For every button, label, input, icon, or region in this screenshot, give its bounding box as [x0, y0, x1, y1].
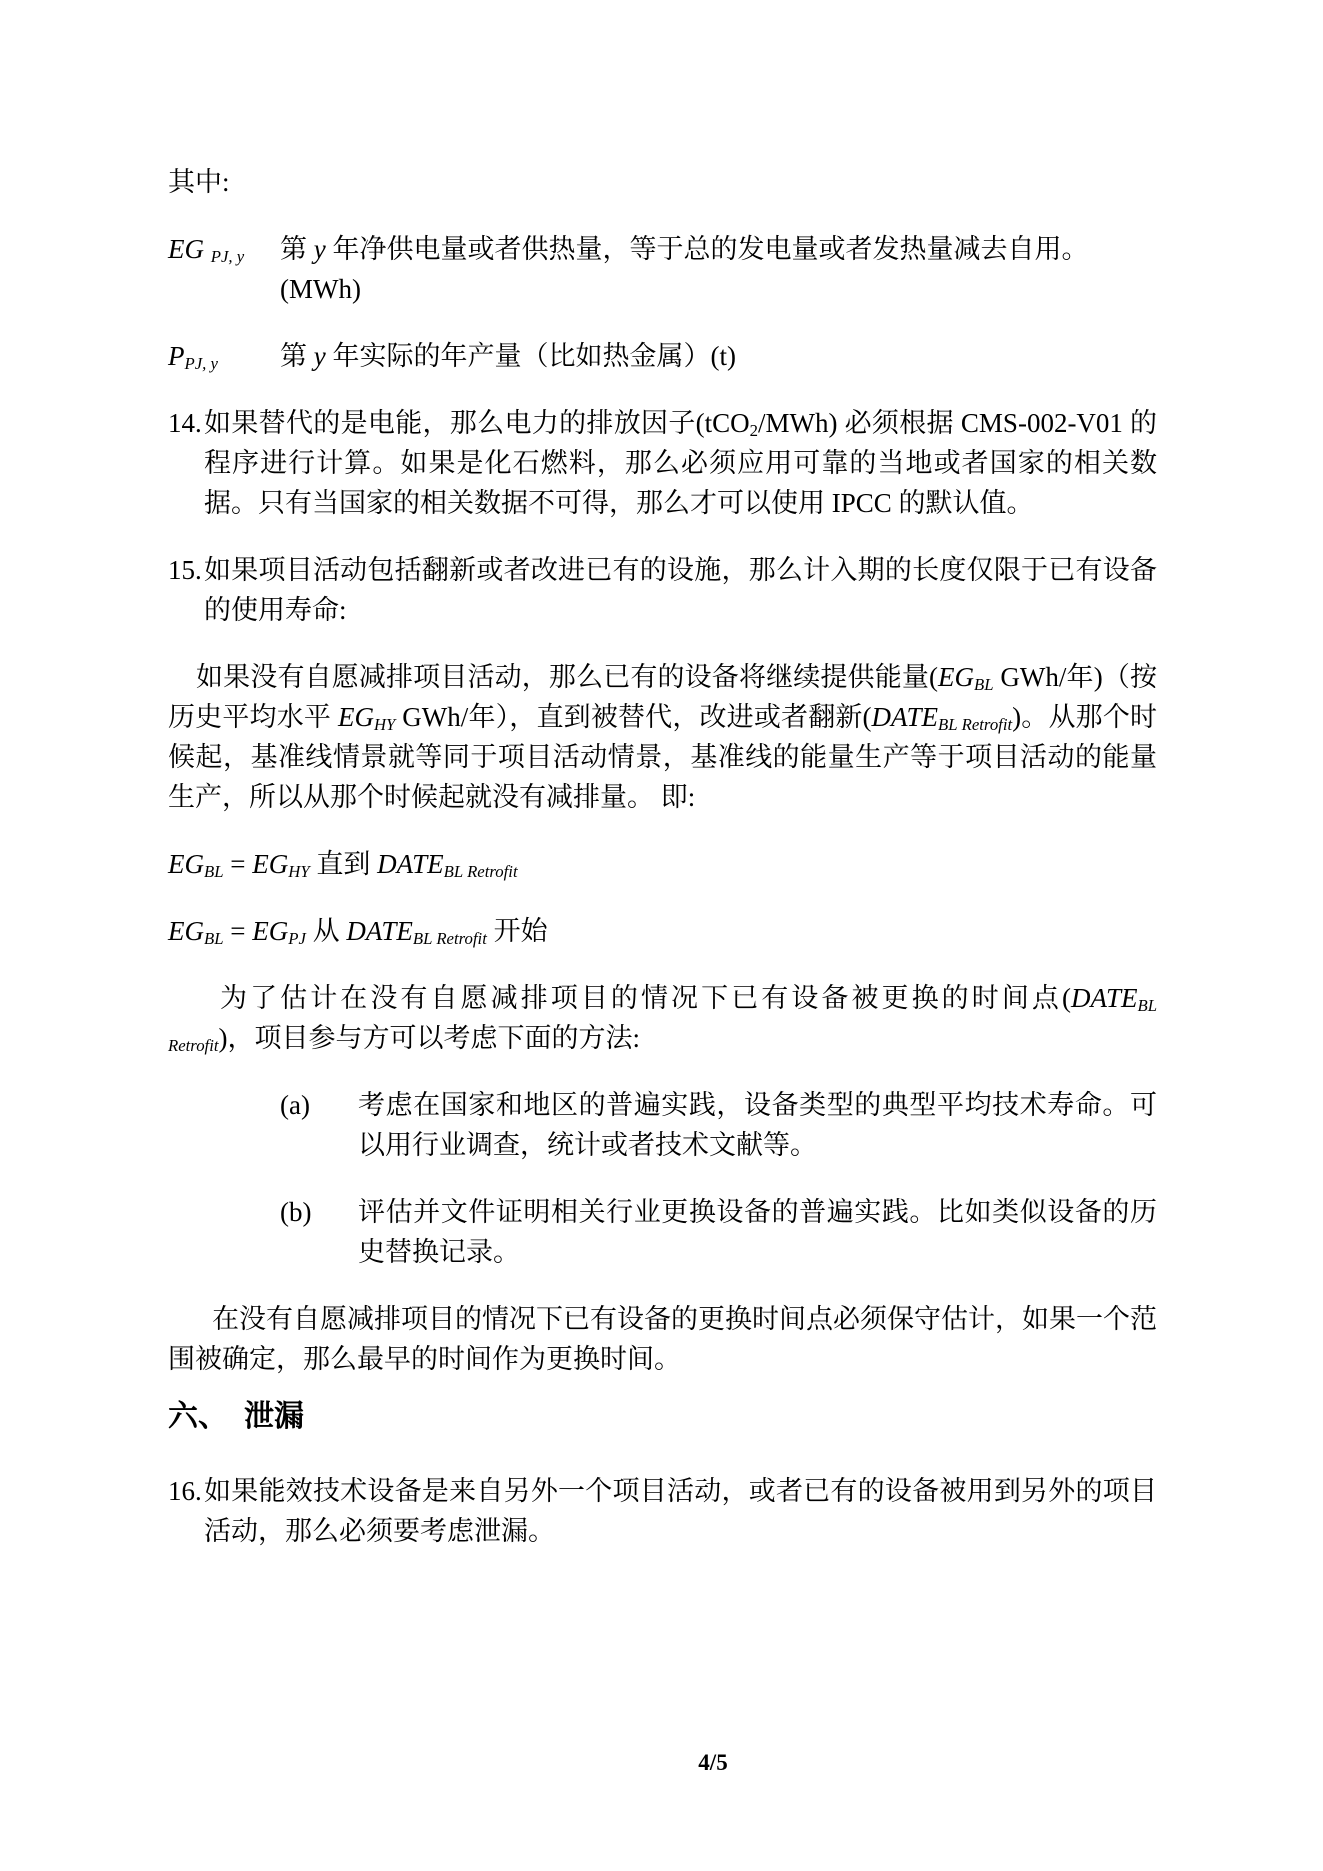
numbered-item-14: 14. 如果替代的是电能，那么电力的排放因子(tCO2/MWh) 必须根据 CM…: [168, 403, 1157, 523]
item-text: 如果能效技术设备是来自另外一个项目活动，或者已有的设备被用到另外的项目活动，那么…: [204, 1471, 1157, 1551]
definition-row-p: PPJ, y 第 y 年实际的年产量（比如热金属）(t): [168, 336, 1157, 376]
definition-row-eg: EG PJ, y 第 y 年净供电量或者供热量，等于总的发电量或者发热量减去自用…: [168, 229, 1157, 309]
paragraph-conservative-note: 在没有自愿减排项目的情况下已有设备的更换时间点必须保守估计，如果一个范围被确定，…: [168, 1299, 1157, 1379]
section-number: 六、: [168, 1400, 228, 1433]
sub-item-label: (b): [280, 1192, 358, 1272]
item-text: 如果项目活动包括翻新或者改进已有的设施，那么计入期的长度仅限于已有设备的使用寿命…: [204, 550, 1157, 630]
definition-text-eg: 第 y 年净供电量或者供热量，等于总的发电量或者发热量减去自用。 (MWh): [280, 229, 1157, 309]
page-content: 其中: EG PJ, y 第 y 年净供电量或者供热量，等于总的发电量或者发热量…: [168, 162, 1157, 1551]
definition-term-p: PPJ, y: [168, 336, 280, 376]
definition-line: 第 y 年净供电量或者供热量，等于总的发电量或者发热量减去自用。: [280, 229, 1157, 269]
numbered-item-16: 16. 如果能效技术设备是来自另外一个项目活动，或者已有的设备被用到另外的项目活…: [168, 1471, 1157, 1551]
section-heading-leakage: 六、泄漏: [168, 1395, 1157, 1439]
definition-text-p: 第 y 年实际的年产量（比如热金属）(t): [280, 336, 1157, 376]
definition-term-eg: EG PJ, y: [168, 229, 280, 309]
item-number: 14.: [168, 403, 204, 523]
definition-line: (MWh): [280, 269, 1157, 309]
document-page: 其中: EG PJ, y 第 y 年净供电量或者供热量，等于总的发电量或者发热量…: [0, 0, 1323, 1871]
item-number: 16.: [168, 1471, 204, 1551]
sub-item-label: (a): [280, 1085, 358, 1165]
section-title: 泄漏: [244, 1400, 304, 1433]
item-text: 如果替代的是电能，那么电力的排放因子(tCO2/MWh) 必须根据 CMS-00…: [204, 403, 1157, 523]
sub-item-text: 考虑在国家和地区的普遍实践，设备类型的典型平均技术寿命。可以用行业调查，统计或者…: [358, 1085, 1157, 1165]
paragraph-estimate-intro: 为了估计在没有自愿减排项目的情况下已有设备被更换的时间点(DATEBL Retr…: [168, 978, 1157, 1058]
sub-item-b: (b) 评估并文件证明相关行业更换设备的普遍实践。比如类似设备的历史替换记录。: [280, 1192, 1157, 1272]
intro-label: 其中:: [168, 162, 1157, 202]
definition-line: 第 y 年实际的年产量（比如热金属）(t): [280, 336, 1157, 376]
page-number: 4/5: [698, 1750, 727, 1776]
sub-item-a: (a) 考虑在国家和地区的普遍实践，设备类型的典型平均技术寿命。可以用行业调查，…: [280, 1085, 1157, 1165]
sub-item-text: 评估并文件证明相关行业更换设备的普遍实践。比如类似设备的历史替换记录。: [358, 1192, 1157, 1272]
equation-baseline-from-retrofit: EGBL = EGPJ 从 DATEBL Retrofit 开始: [168, 911, 1157, 951]
equation-baseline-until-retrofit: EGBL = EGHY 直到 DATEBL Retrofit: [168, 844, 1157, 884]
paragraph-baseline-scenario: 如果没有自愿减排项目活动，那么已有的设备将继续提供能量(EGBL GWh/年)（…: [168, 657, 1157, 817]
numbered-item-15: 15. 如果项目活动包括翻新或者改进已有的设施，那么计入期的长度仅限于已有设备的…: [168, 550, 1157, 630]
item-number: 15.: [168, 550, 204, 630]
